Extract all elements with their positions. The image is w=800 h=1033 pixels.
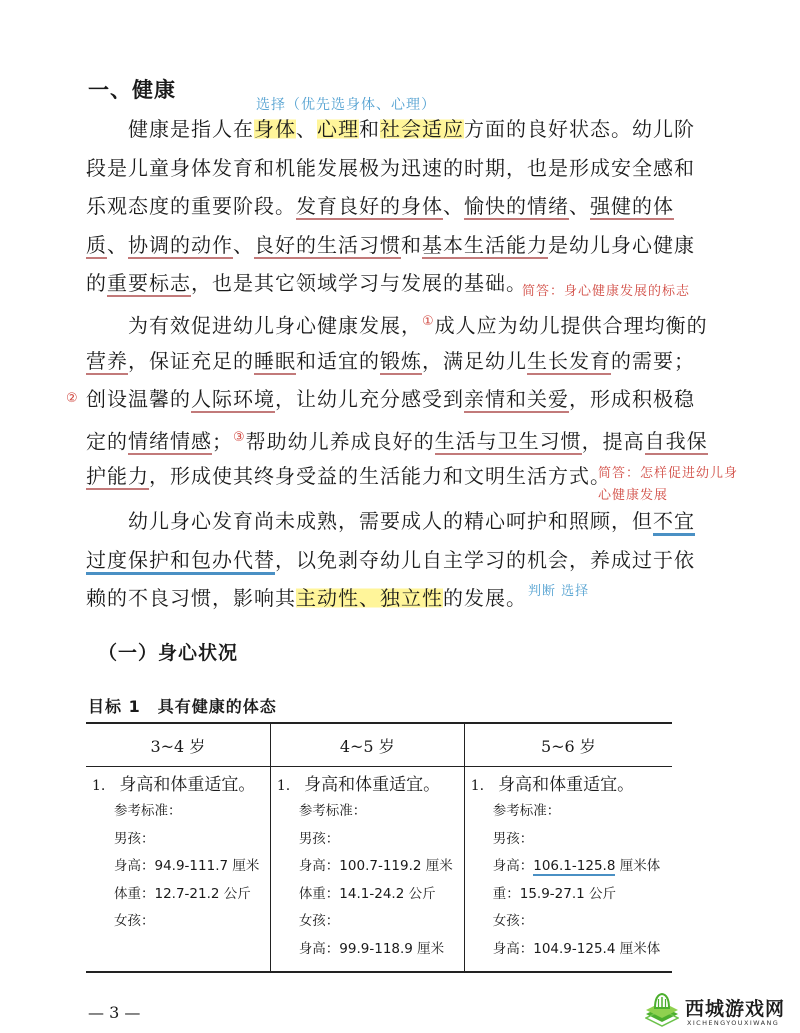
text: 为有效促进幼儿身心健康发展， xyxy=(128,314,422,338)
text: 和 xyxy=(401,233,422,257)
underline-text: 过度保护和包办代替 xyxy=(86,548,275,575)
cell-line: 体重：14.1-24.2 公斤 xyxy=(277,881,464,909)
text: 创设温馨的 xyxy=(86,387,191,411)
text-line: 健康是指人在身体、心理和社会适应方面的良好状态。幼儿阶 xyxy=(86,110,706,149)
paragraph-health-definition: 健康是指人在身体、心理和社会适应方面的良好状态。幼儿阶 段是儿童身体发育和机能发… xyxy=(86,110,706,303)
underline-text: 基本生活能力 xyxy=(422,233,548,259)
text: 方面的良好状态。幼儿阶 xyxy=(464,117,695,141)
column-header-3-4: 3~4 岁 xyxy=(86,723,270,767)
leaf-stack-icon xyxy=(645,992,679,1028)
circled-number-1: ① xyxy=(422,314,435,329)
annotation-short-answer-2-line1: 简答：怎样促进幼儿身 xyxy=(598,462,738,481)
text: ，也是其它领域学习与发展的基础。 xyxy=(191,271,527,295)
watermark-logo: 西城游戏网 XICHENGYOUXIWANG xyxy=(643,992,800,1033)
cell-line: 男孩： xyxy=(92,826,270,854)
cell-line: 重：15.9-27.1 公斤 xyxy=(471,881,672,909)
text: 的需要； xyxy=(611,349,695,373)
item-text: 身高和体重适宜。 xyxy=(304,775,440,795)
item-number: 1. xyxy=(92,778,105,794)
table-header-row: 3~4 岁 4~5 岁 5~6 岁 xyxy=(86,723,672,767)
underline-text: 营养 xyxy=(86,349,128,375)
underline-text: 生长发育 xyxy=(527,349,611,375)
circled-number-3: ③ xyxy=(233,430,246,445)
table-cell-3-4: 1.身高和体重适宜。 参考标准： 男孩： 身高：94.9-111.7 厘米 体重… xyxy=(86,767,270,973)
column-header-4-5: 4~5 岁 xyxy=(270,723,464,767)
annotation-short-answer-1: 简答：身心健康发展的标志 xyxy=(522,280,690,299)
text-line: 为有效促进幼儿身心健康发展，①成人应为幼儿提供合理均衡的 xyxy=(86,303,706,342)
text-line: 营养，保证充足的睡眠和适宜的锻炼，满足幼儿生长发育的需要； xyxy=(86,342,706,381)
cell-line: 身高：104.9-125.4 厘米体 xyxy=(471,936,672,964)
text-line: 定的情绪情感；③帮助幼儿养成良好的生活与卫生习惯，提高自我保 xyxy=(86,419,706,458)
standards-table: 3~4 岁 4~5 岁 5~6 岁 1.身高和体重适宜。 参考标准： 男孩： 身… xyxy=(86,722,672,973)
text: 和 xyxy=(359,117,380,141)
watermark-name: 西城游戏网 xyxy=(685,994,785,1021)
underline-text: 人际环境 xyxy=(191,387,275,413)
text: 的发展。 xyxy=(443,586,527,610)
cell-line: 男孩： xyxy=(277,826,464,854)
text: ，让幼儿充分感受到 xyxy=(275,387,464,411)
underline-text: 护能力 xyxy=(86,464,149,490)
text: ，形成使其终身受益的生活能力和文明生活方式。 xyxy=(149,464,611,488)
text: 、 xyxy=(233,233,254,257)
cell-line: 男孩： xyxy=(471,826,672,854)
text: 成人应为幼儿提供合理均衡的 xyxy=(435,314,708,338)
cell-line: 参考标准： xyxy=(277,798,464,826)
underline-text: 协调的动作 xyxy=(128,233,233,259)
text: ； xyxy=(212,429,233,453)
item-number: 1. xyxy=(277,778,290,794)
text-line: 幼儿身心发育尚未成熟，需要成人的精心呵护和照顾，但不宜 xyxy=(86,502,706,541)
underline-text: 睡眠 xyxy=(254,349,296,375)
underline-text: 发育良好的身体 xyxy=(296,194,443,220)
text: 健康是指人在 xyxy=(128,117,254,141)
text-line: 赖的不良习惯，影响其主动性、独立性的发展。 xyxy=(86,579,706,618)
table-row: 1.身高和体重适宜。 参考标准： 男孩： 身高：94.9-111.7 厘米 体重… xyxy=(86,767,672,973)
column-header-5-6: 5~6 岁 xyxy=(464,723,672,767)
cell-line: 女孩： xyxy=(92,908,270,936)
text: 帮助幼儿养成良好的 xyxy=(246,429,435,453)
text: 、 xyxy=(107,233,128,257)
underline-text: 自我保 xyxy=(645,429,708,455)
underline-text: 愉快的情绪 xyxy=(464,194,569,220)
circled-number-2: ② xyxy=(66,380,79,419)
paragraph-avoid-overprotection: 幼儿身心发育尚未成熟，需要成人的精心呵护和照顾，但不宜 过度保护和包办代替，以免… xyxy=(86,502,706,618)
text-line: ②创设温馨的人际环境，让幼儿充分感受到亲情和关爱，形成积极稳 xyxy=(86,380,706,419)
text: ，保证充足的 xyxy=(128,349,254,373)
text: 、 xyxy=(569,194,590,218)
table-cell-5-6: 1.身高和体重适宜。 参考标准： 男孩： 身高：106.1-125.8 厘米体 … xyxy=(464,767,672,973)
text: ，以免剥夺幼儿自主学习的机会，养成过于依 xyxy=(275,548,695,572)
text: 是幼儿身心健康 xyxy=(548,233,695,257)
highlight-body: 身体 xyxy=(254,117,296,141)
underline-text: 质 xyxy=(86,233,107,259)
text: 和适宜的 xyxy=(296,349,380,373)
subsection-heading: （一）身心状况 xyxy=(98,638,238,665)
table-cell-4-5: 1.身高和体重适宜。 参考标准： 男孩： 身高：100.7-119.2 厘米 体… xyxy=(270,767,464,973)
text: 定的 xyxy=(86,429,128,453)
section-heading-health: 一、健康 xyxy=(88,74,176,104)
page-number: — 3 — xyxy=(88,1003,140,1022)
underline-value: 106.1-125.8 xyxy=(533,858,615,876)
highlight-mind: 心理 xyxy=(317,117,359,141)
text-line: 段是儿童身体发育和机能发展极为迅速的时期，也是形成安全感和 xyxy=(86,149,706,188)
highlight-initiative: 主动性、独立性 xyxy=(296,586,443,610)
underline-text: 良好的生活习惯 xyxy=(254,233,401,259)
text: 赖的不良习惯，影响其 xyxy=(86,586,296,610)
annotation-judge-select: 判断 选择 xyxy=(528,580,589,599)
item-number: 1. xyxy=(471,778,484,794)
watermark-pinyin: XICHENGYOUXIWANG xyxy=(687,1019,779,1027)
annotation-short-answer-2-line2: 心健康发展 xyxy=(598,484,668,503)
text-line: 质、协调的动作、良好的生活习惯和基本生活能力是幼儿身心健康 xyxy=(86,226,706,265)
item-text: 身高和体重适宜。 xyxy=(119,775,255,795)
item-text: 身高和体重适宜。 xyxy=(498,775,634,795)
cell-line: 女孩： xyxy=(277,908,464,936)
text: ，满足幼儿 xyxy=(422,349,527,373)
text: ，形成积极稳 xyxy=(569,387,695,411)
cell-line: 女孩： xyxy=(471,908,672,936)
underline-text: 重要标志 xyxy=(107,271,191,297)
item-title: 1.身高和体重适宜。 xyxy=(277,773,464,798)
item-title: 1.身高和体重适宜。 xyxy=(92,773,270,798)
text: 、 xyxy=(296,117,317,141)
underline-text: 不宜 xyxy=(653,509,695,536)
cell-line: 身高：106.1-125.8 厘米体 xyxy=(471,853,672,881)
underline-text: 生活与卫生习惯 xyxy=(435,429,582,455)
underline-text: 亲情和关爱 xyxy=(464,387,569,413)
underline-text: 锻炼 xyxy=(380,349,422,375)
text: 、 xyxy=(443,194,464,218)
cell-line: 身高：100.7-119.2 厘米 xyxy=(277,853,464,881)
text-line: 乐观态度的重要阶段。发育良好的身体、愉快的情绪、强健的体 xyxy=(86,187,706,226)
cell-line: 身高：94.9-111.7 厘米 xyxy=(92,853,270,881)
text: 厘米体 xyxy=(615,858,660,874)
text: ，提高 xyxy=(582,429,645,453)
cell-line: 参考标准： xyxy=(471,798,672,826)
text-line: 过度保护和包办代替，以免剥夺幼儿自主学习的机会，养成过于依 xyxy=(86,541,706,580)
text: 乐观态度的重要阶段。 xyxy=(86,194,296,218)
item-title: 1.身高和体重适宜。 xyxy=(471,773,672,798)
underline-text: 强健的体 xyxy=(590,194,674,220)
highlight-social: 社会适应 xyxy=(380,117,464,141)
text: 的 xyxy=(86,271,107,295)
cell-line: 体重：12.7-21.2 公斤 xyxy=(92,881,270,909)
cell-line: 身高：99.9-118.9 厘米 xyxy=(277,936,464,964)
text: 幼儿身心发育尚未成熟，需要成人的精心呵护和照顾，但 xyxy=(128,509,653,533)
text: 身高： xyxy=(493,858,534,874)
cell-line: 参考标准： xyxy=(92,798,270,826)
goal-heading: 目标 1 具有健康的体态 xyxy=(88,694,277,717)
underline-text: 情绪情感 xyxy=(128,429,212,455)
